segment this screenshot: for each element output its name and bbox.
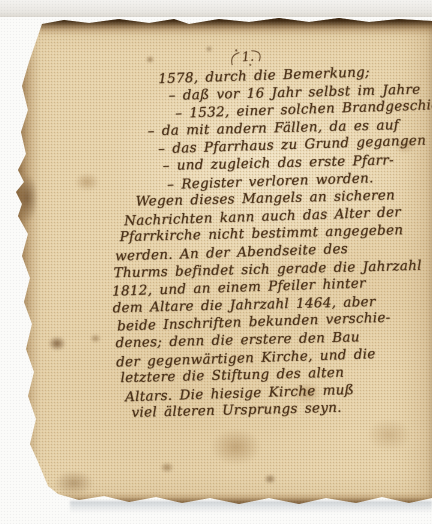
manuscript-page: 1. 1578, durch die Bemerkung; – daß vor … (14, 14, 432, 510)
scan-background: { "document": { "kind": "scanned handwri… (0, 0, 432, 524)
scanner-top-band (0, 0, 432, 17)
edge-vignette (14, 14, 432, 510)
scan-shadow (70, 501, 432, 513)
